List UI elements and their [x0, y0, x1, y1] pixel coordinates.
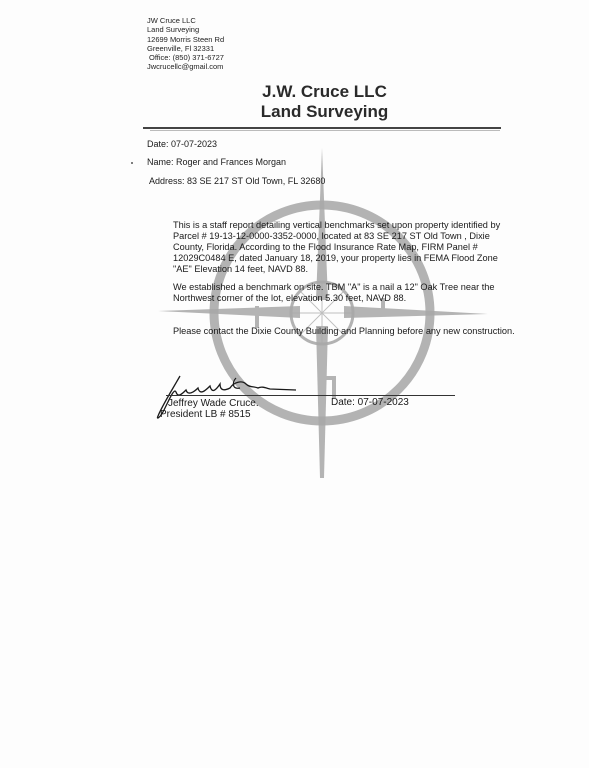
- letterhead-street: 12699 Morris Steen Rd: [147, 35, 224, 44]
- company-heading: J.W. Cruce LLC Land Surveying: [0, 82, 589, 122]
- report-date: Date: 07-07-2023: [147, 139, 217, 150]
- property-address: Address: 83 SE 217 ST Old Town, FL 32680: [149, 176, 325, 187]
- letterhead-phone: Office: (850) 371-6727: [147, 53, 224, 62]
- report-paragraph-contact: Please contact the Dixie County Building…: [173, 326, 533, 337]
- letterhead-service: Land Surveying: [147, 25, 224, 34]
- signature-line: [166, 395, 455, 396]
- company-name: J.W. Cruce LLC: [0, 82, 589, 102]
- company-service: Land Surveying: [0, 102, 589, 122]
- signature-date: Date: 07-07-2023: [331, 397, 409, 409]
- header-divider-shadow: [150, 130, 500, 131]
- scan-speck: [131, 162, 133, 164]
- signer-title: President LB # 8515: [160, 409, 251, 421]
- report-paragraph-benchmark: We established a benchmark on site. TBM …: [173, 282, 518, 304]
- header-divider: [143, 127, 501, 129]
- report-paragraph-flood-zone: This is a staff report detailing vertica…: [173, 220, 518, 275]
- letterhead-email: Jwcrucellc@gmail.com: [147, 62, 224, 71]
- document-page: JW Cruce LLC Land Surveying 12699 Morris…: [0, 0, 589, 768]
- letterhead-address-block: JW Cruce LLC Land Surveying 12699 Morris…: [147, 16, 224, 72]
- letterhead-company: JW Cruce LLC: [147, 16, 224, 25]
- letterhead-city: Greenville, Fl 32331: [147, 44, 224, 53]
- client-name: Name: Roger and Frances Morgan: [147, 157, 286, 168]
